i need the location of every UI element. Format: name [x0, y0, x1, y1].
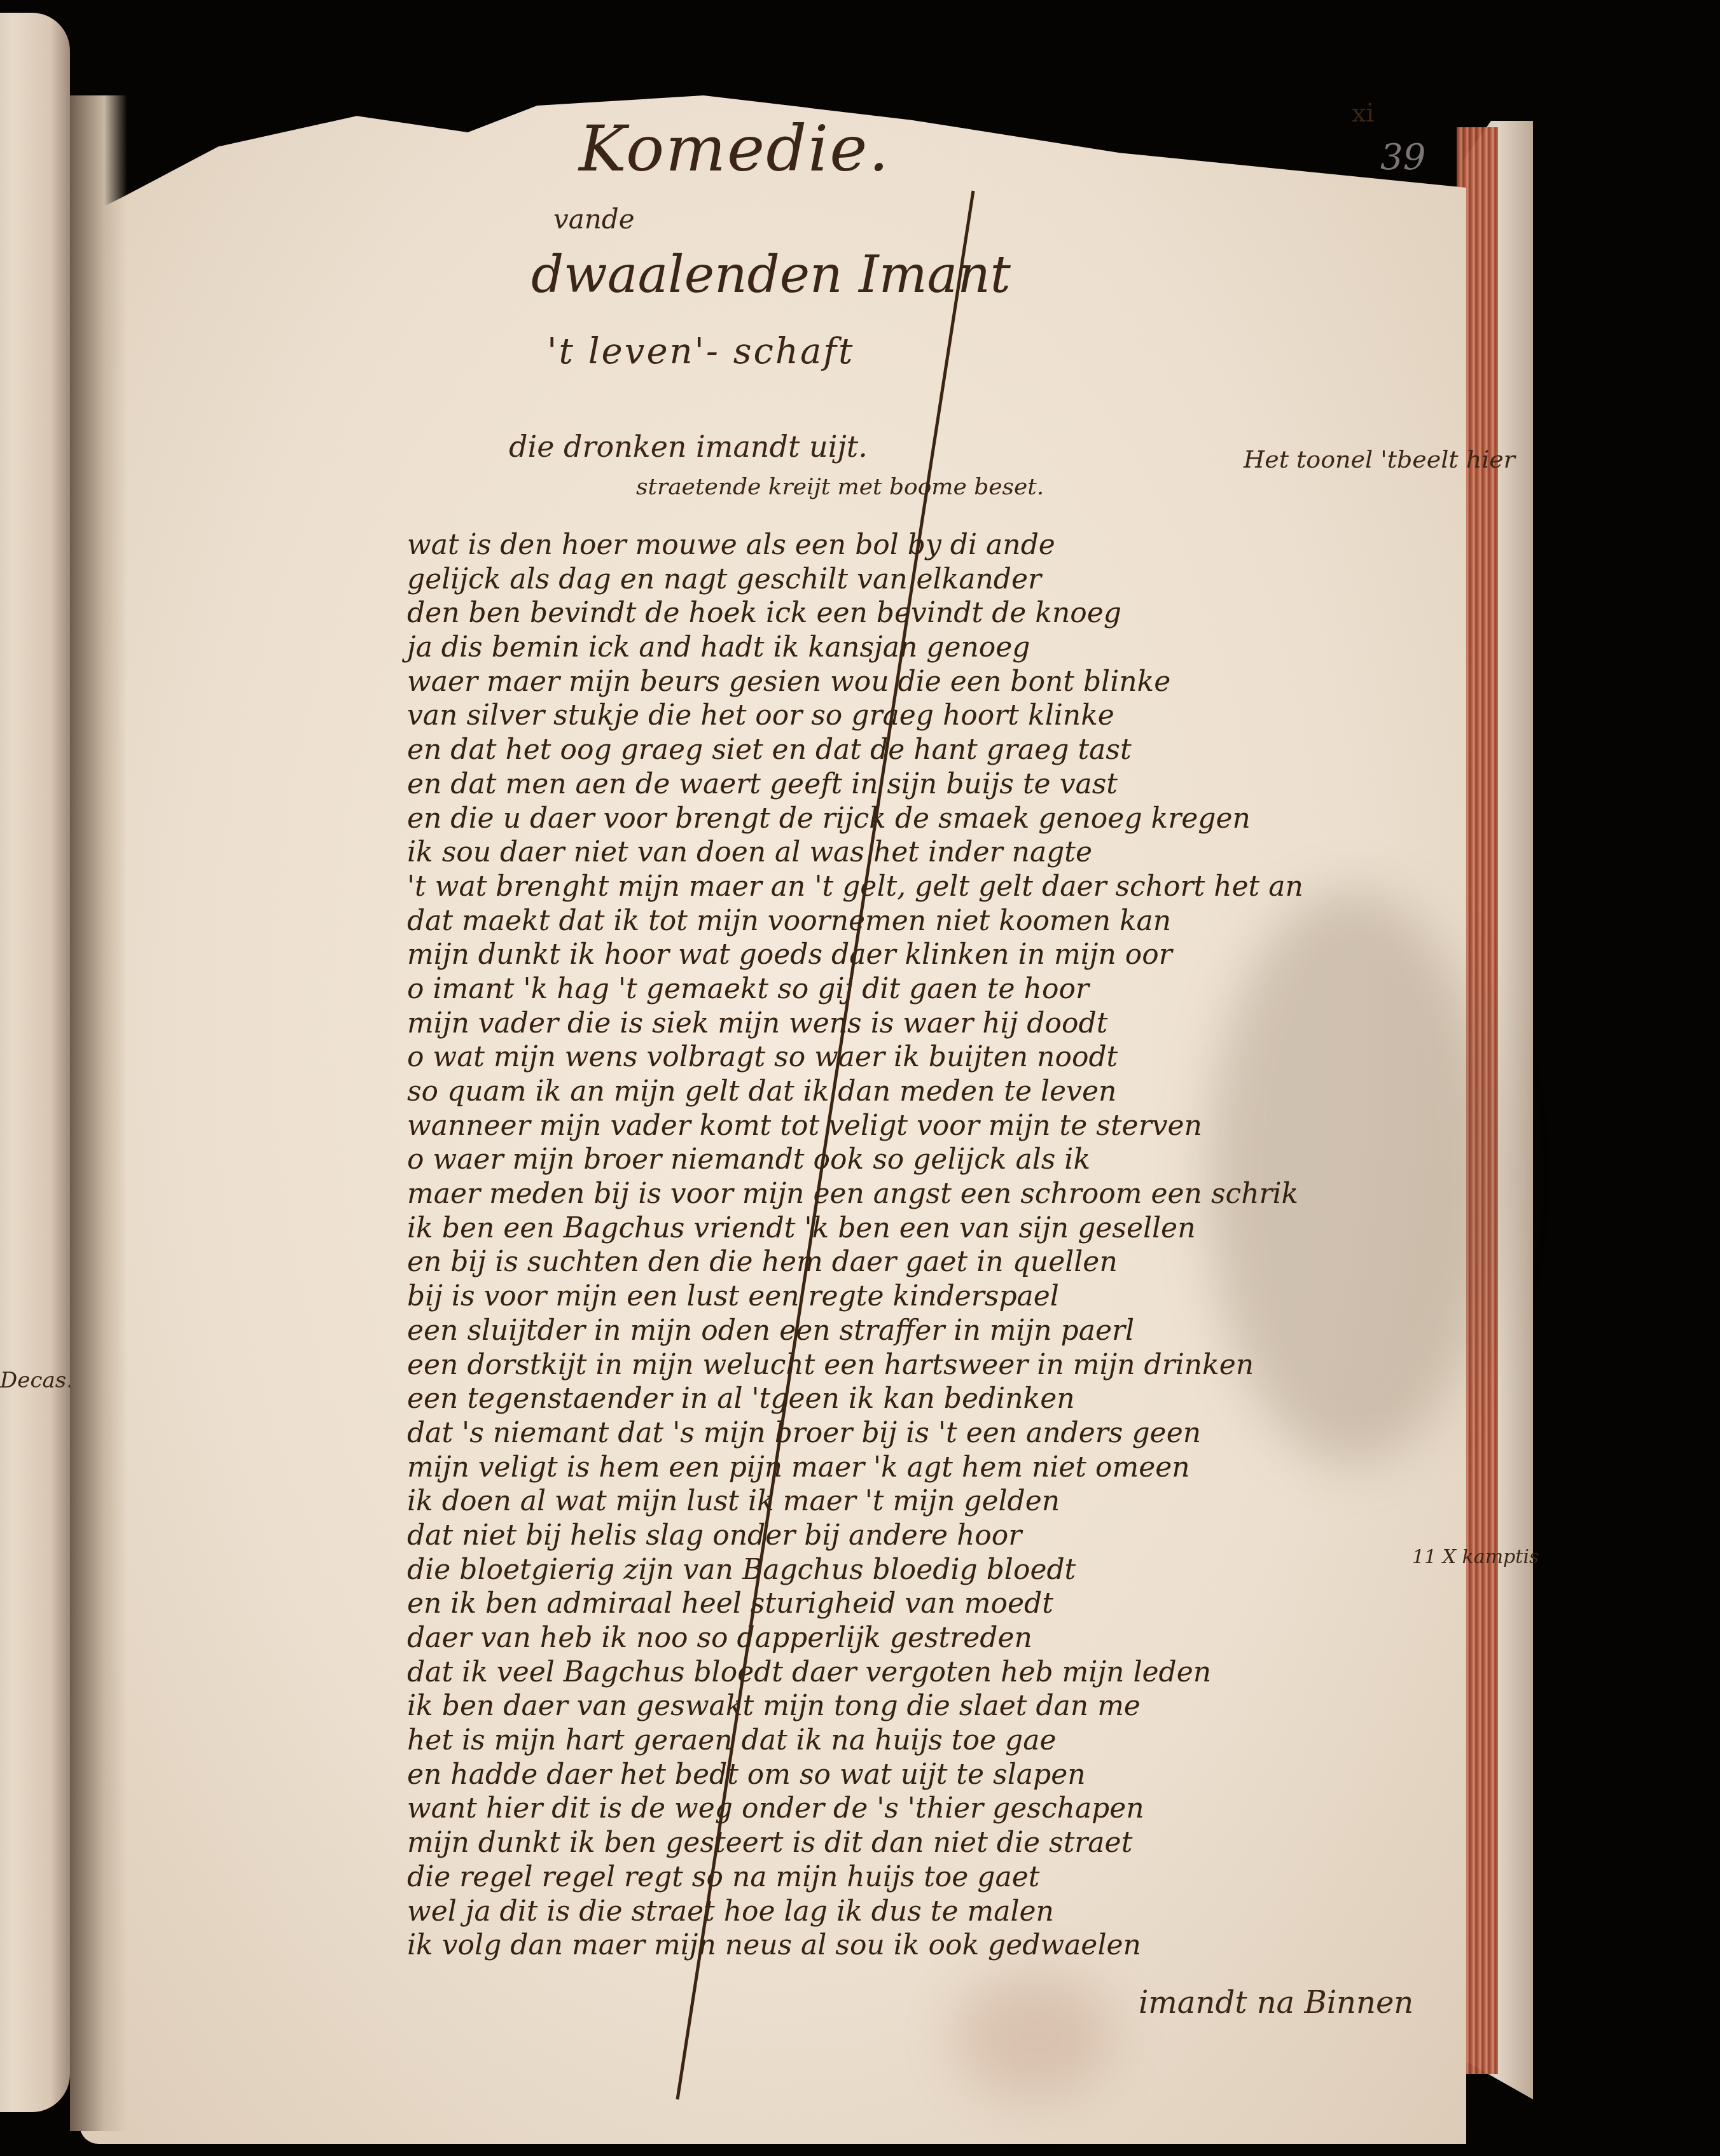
- stage-direction-scene: Het toonel 'tbeelt hier: [1244, 445, 1515, 473]
- verse-line: want hier dit is de weg onder de 's 'thi…: [407, 1791, 1520, 1826]
- verse-line: en die u daer voor brengt de rijck de sm…: [407, 802, 1520, 836]
- verse-line: so quam ik an mijn gelt dat ik dan meden…: [407, 1075, 1520, 1109]
- verse-line: het is mijn hart geraen dat ik na huijs …: [407, 1723, 1520, 1758]
- stage-direction-setting: straetende kreijt met boome beset.: [636, 474, 1044, 500]
- verse-line: maer meden bij is voor mijn een angst ee…: [407, 1177, 1520, 1211]
- play-title: Komedie.: [579, 111, 890, 186]
- verse-line: en hadde daer het bedt om so wat uijt te…: [407, 1758, 1520, 1792]
- verse-line: o waer mijn broer niemandt ook so gelijc…: [407, 1143, 1520, 1177]
- stage-direction: die dronken imandt uijt.: [509, 429, 868, 464]
- verse-line: een dorstkijt in mijn welucht een hartsw…: [407, 1348, 1520, 1382]
- verse-line: ik doen al wat mijn lust ik maer 't mijn…: [407, 1484, 1520, 1519]
- play-title-name: dwaalenden Imant: [531, 245, 1011, 304]
- gutter-shadow: [70, 95, 127, 2131]
- verse-line: dat maekt dat ik tot mijn voornemen niet…: [407, 904, 1520, 938]
- verse-line: ik sou daer niet van doen al was het ind…: [407, 835, 1520, 870]
- verse-line: dat 's niemant dat 's mijn broer bij is …: [407, 1416, 1520, 1450]
- verse-line: ik volg dan maer mijn neus al sou ik ook…: [407, 1928, 1520, 1963]
- verse-line: dat niet bij helis slag onder bij andere…: [407, 1519, 1520, 1553]
- folio-mark-ink: xi: [1352, 99, 1374, 128]
- verse-line: en dat men aen de waert geeft in sijn bu…: [407, 767, 1520, 802]
- verse-line: mijn dunkt ik hoor wat goeds daer klinke…: [407, 938, 1520, 972]
- left-page-margin-fragment: Decas.: [0, 1368, 73, 1393]
- verse-line: daer van heb ik noo so dapperlijk gestre…: [407, 1621, 1520, 1655]
- verse-line: wanneer mijn vader komt tot veligt voor …: [407, 1109, 1520, 1143]
- left-facing-page: [0, 13, 70, 2112]
- verse-line: ja dis bemin ick and hadt ik kansjan gen…: [407, 630, 1520, 665]
- verse-line: die regel regel regt so na mijn huijs to…: [407, 1860, 1520, 1895]
- verse-line: en dat het oog graeg siet en dat de hant…: [407, 733, 1520, 767]
- verse-line: 't wat brenght mijn maer an 't gelt, gel…: [407, 870, 1520, 904]
- verse-line: o wat mijn wens volbragt so waer ik buij…: [407, 1040, 1520, 1075]
- verse-line: wel ja dit is die straet hoe lag ik dus …: [407, 1895, 1520, 1929]
- verse-line: mijn dunkt ik ben gesteert is dit dan ni…: [407, 1826, 1520, 1860]
- verse-line: en bij is suchten den die hem daer gaet …: [407, 1245, 1520, 1279]
- verse-line: gelijck als dag en nagt geschilt van elk…: [407, 562, 1520, 597]
- verse-block: wat is den hoer mouwe als een bol by di …: [407, 528, 1520, 1963]
- title-connector: vande: [553, 204, 635, 235]
- verse-line: dat ik veel Bagchus bloedt daer vergoten…: [407, 1655, 1520, 1690]
- verse-line: mijn vader die is siek mijn wens is waer…: [407, 1006, 1520, 1041]
- verse-line: ik ben daer van geswakt mijn tong die sl…: [407, 1689, 1520, 1723]
- play-title-tagline: 't leven'- schaft: [547, 331, 855, 372]
- verse-line: den ben bevindt de hoek ick een bevindt …: [407, 596, 1520, 630]
- right-margin-note: 11 X kamptis: [1412, 1546, 1539, 1568]
- verse-line: bij is voor mijn een lust een regte kind…: [407, 1279, 1520, 1314]
- verse-line: van silver stukje die het oor so graeg h…: [407, 699, 1520, 733]
- water-stain: [954, 1972, 1113, 2099]
- verse-line: die bloetgierig zijn van Bagchus bloedig…: [407, 1553, 1520, 1587]
- verse-line: waer maer mijn beurs gesien wou die een …: [407, 665, 1520, 699]
- verse-line: een tegenstaender in al 'tgeen ik kan be…: [407, 1382, 1520, 1416]
- folio-number-pencil: 39: [1380, 137, 1425, 178]
- exit-stage-cue: imandt na Binnen: [1139, 1985, 1413, 2020]
- verse-line: en ik ben admiraal heel sturigheid van m…: [407, 1587, 1520, 1621]
- verse-line: mijn veligt is hem een pijn maer 'k agt …: [407, 1450, 1520, 1485]
- verse-line: o imant 'k hag 't gemaekt so gij dit gae…: [407, 972, 1520, 1006]
- verse-line: wat is den hoer mouwe als een bol by di …: [407, 528, 1520, 562]
- verse-line: ik ben een Bagchus vriendt 'k ben een va…: [407, 1211, 1520, 1246]
- verse-line: een sluijtder in mijn oden een straffer …: [407, 1314, 1520, 1348]
